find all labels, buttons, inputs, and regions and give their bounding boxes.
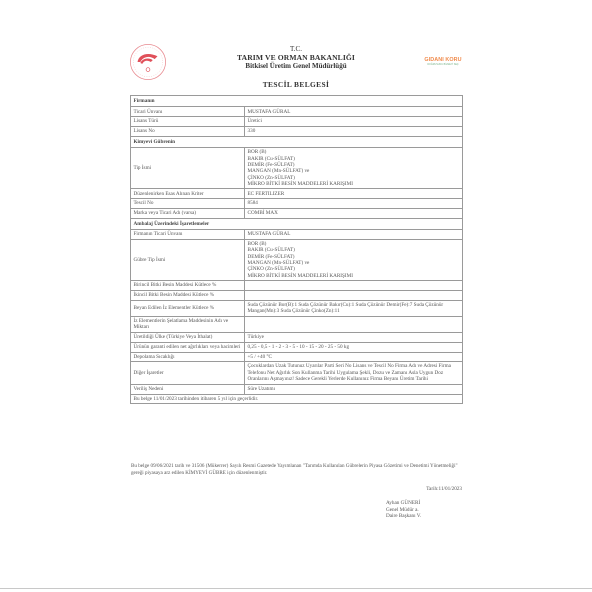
section-heading-firm: Firmanın	[131, 96, 463, 107]
table-row: Firmanın Ticari Ünvanı MUSTAFA GÜRAL	[131, 230, 463, 240]
row-value	[245, 290, 463, 300]
signature-block: Ayhan GÜNERİ Genel Müdür a. Daire Başkan…	[386, 500, 421, 520]
row-label: Düzenlenirken Esas Alınan Kriter	[131, 189, 245, 199]
section-heading-fertilizer: Kimyevi Gübrenin	[131, 136, 463, 147]
table-row: Lisans No 330	[131, 126, 463, 136]
row-label: Tescil No	[131, 199, 245, 209]
row-value	[245, 281, 463, 291]
table-row: Bu belge 11/01/2023 tarihinden itibaren …	[131, 394, 463, 404]
table-row: Marka veya Ticari Adı (varsa) COMBİ MAX	[131, 208, 463, 218]
row-value: Türkiye	[245, 332, 463, 342]
table-row: Depolama Sıcaklığı +5 / +40 °C	[131, 352, 463, 362]
table-row: Gübre Tip İsmi BOR (B) BAKIR (Cu-SÜLFAT)…	[131, 239, 463, 280]
gidani-koru-logo: GIDANI KORU DOĞRUSUNU BİLMEYİ SEÇ	[423, 57, 463, 66]
type-line: MİKRO BİTKİ BESİN MADDELERİ KARIŞIMI	[248, 273, 460, 279]
registration-table: Firmanın Ticari Ünvanı MUSTAFA GÜRAL Lis…	[130, 95, 463, 404]
row-value: MUSTAFA GÜRAL	[245, 107, 463, 117]
page-edge-divider	[0, 588, 592, 589]
row-label: Firmanın Ticari Ünvanı	[131, 230, 245, 240]
row-value: Suda Çözünür Bor(B):1 Suda Çözünür Bakır…	[245, 300, 463, 316]
row-value: 0,25 - 0,5 - 1 - 2 - 3 - 5 - 10 - 15 - 2…	[245, 342, 463, 352]
table-row: Veriliş Nedeni Süre Uzatımı	[131, 384, 463, 394]
table-row: Lisans Türü Üretici	[131, 117, 463, 127]
table-row: Düzenlenirken Esas Alınan Kriter EC FERT…	[131, 189, 463, 199]
signatory-name: Ayhan GÜNERİ	[386, 500, 421, 507]
department-name: Bitkisel Üretim Genel Müdürlüğü	[0, 62, 592, 70]
table-row: Birincil Bitki Besin Maddesi Kütlece %	[131, 281, 463, 291]
issue-date: Tarih:11/01/2023	[400, 486, 462, 492]
row-value: Üretici	[245, 117, 463, 127]
row-label: Üretildiği Ülke (Türkiye Veya İthalat)	[131, 332, 245, 342]
row-value: Süre Uzatımı	[245, 384, 463, 394]
table-row: Diğer İşaretler Çocuklardan Uzak Tutunuz…	[131, 362, 463, 385]
row-label: Marka veya Ticari Adı (varsa)	[131, 208, 245, 218]
row-label: Gübre Tip İsmi	[131, 239, 245, 280]
table-row: Üretildiği Ülke (Türkiye Veya İthalat) T…	[131, 332, 463, 342]
row-value-type-list: BOR (B) BAKIR (Cu-SÜLFAT) DEMİR (Fe-SÜLF…	[245, 239, 463, 280]
validity-statement: Bu belge 11/01/2023 tarihinden itibaren …	[131, 394, 463, 404]
table-row: Tescil No 8584	[131, 199, 463, 209]
row-label: Diğer İşaretler	[131, 362, 245, 385]
registration-certificate: T.C. TARIM VE ORMAN BAKANLIĞI Bitkisel Ü…	[0, 0, 592, 592]
table-row: Tip İsmi BOR (B) BAKIR (Cu-SÜLFAT) DEMİR…	[131, 148, 463, 189]
row-label: Beyan Edilen İz Elementler Kütlece %	[131, 300, 245, 316]
row-value	[245, 316, 463, 332]
row-value: +5 / +40 °C	[245, 352, 463, 362]
document-title: TESCİL BELGESİ	[0, 80, 592, 89]
row-label: İkincil Bitki Besin Maddesi Kütlece %	[131, 290, 245, 300]
table-row: Beyan Edilen İz Elementler Kütlece % Sud…	[131, 300, 463, 316]
row-label: İz Elementlerin Şelatlama Maddesinin Adı…	[131, 316, 245, 332]
table-row: İkincil Bitki Besin Maddesi Kütlece %	[131, 290, 463, 300]
row-label: Tip İsmi	[131, 148, 245, 189]
row-label: Depolama Sıcaklığı	[131, 352, 245, 362]
ministry-name: TARIM VE ORMAN BAKANLIĞI	[0, 53, 592, 62]
row-label: Lisans Türü	[131, 117, 245, 127]
regulation-note: Bu belge 09/06/2021 tarih ve 31506 (Müke…	[131, 463, 471, 477]
table-row: İz Elementlerin Şelatlama Maddesinin Adı…	[131, 316, 463, 332]
type-line: MİKRO BİTKİ BESİN MADDELERİ KARIŞIMI	[248, 181, 460, 187]
table-row: Ticari Ünvanı MUSTAFA GÜRAL	[131, 107, 463, 117]
row-value-type-list: BOR (B) BAKIR (Cu-SÜLFAT) DEMİR (Fe-SÜLF…	[245, 148, 463, 189]
row-value: 330	[245, 126, 463, 136]
header-tc: T.C.	[0, 45, 592, 53]
section-heading-packaging: Ambalaj Üzerindeki İşaretlemeler	[131, 218, 463, 229]
row-value: EC FERTILIZER	[245, 189, 463, 199]
row-label: Lisans No	[131, 126, 245, 136]
row-label: Birincil Bitki Besin Maddesi Kütlece %	[131, 281, 245, 291]
row-label: Veriliş Nedeni	[131, 384, 245, 394]
signatory-title: Genel Müdür a.	[386, 507, 421, 514]
row-label: Ticari Ünvanı	[131, 107, 245, 117]
row-value: MUSTAFA GÜRAL	[245, 230, 463, 240]
row-value: COMBİ MAX	[245, 208, 463, 218]
row-value: 8584	[245, 199, 463, 209]
row-label: Ürünün garanti edilen net ağırlıkları ve…	[131, 342, 245, 352]
signatory-title: Daire Başkanı V.	[386, 513, 421, 520]
row-value: Çocuklardan Uzak Tutunuz Uyarılar Parti …	[245, 362, 463, 385]
logo-sub-text: DOĞRUSUNU BİLMEYİ SEÇ	[423, 63, 463, 66]
table-row: Ürünün garanti edilen net ağırlıkları ve…	[131, 342, 463, 352]
